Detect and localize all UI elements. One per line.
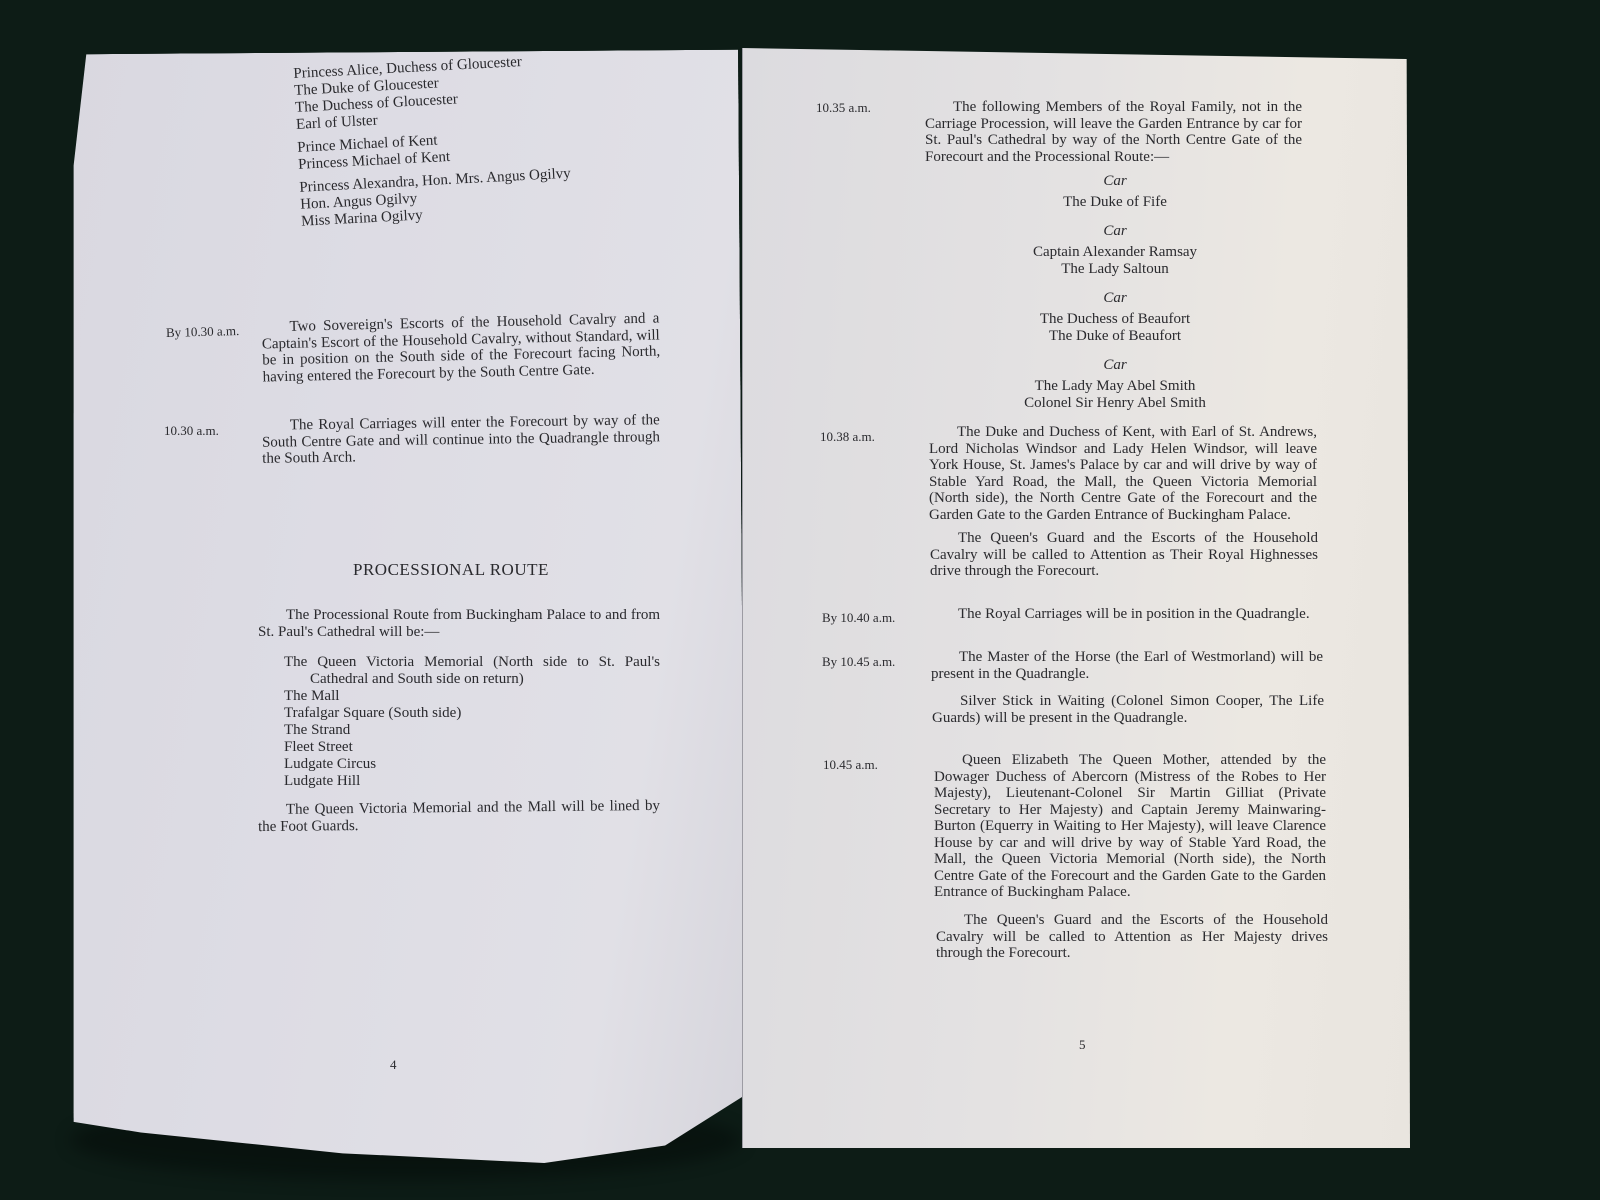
entry-text: The Duke and Duchess of Kent, with Earl … [929, 424, 1317, 523]
car-label: Car [990, 290, 1240, 307]
route-item-cont: Cathedral and South side on return) [284, 671, 660, 688]
car-list: Car The Duke of Fife Car Captain Alexand… [990, 165, 1240, 412]
entry-carriages-text: The Royal Carriages will enter the Forec… [262, 412, 661, 467]
entry-1040-text: The Royal Carriages will be in position … [930, 606, 1322, 623]
route-note: The Queen Victoria Memorial and the Mall… [258, 798, 660, 835]
time-by-1040: By 10.40 a.m. [822, 609, 895, 626]
car-occupant: The Duchess of Beaufort [990, 311, 1240, 328]
family-group-gloucester: Princess Alice, Duchess of Gloucester Th… [293, 52, 573, 231]
route-item: Ludgate Circus [284, 756, 660, 773]
car-occupant: The Lady Saltoun [990, 261, 1240, 278]
entry-text: The Queen's Guard and the Escorts of the… [930, 530, 1318, 579]
car-occupant: The Lady May Abel Smith [990, 378, 1240, 395]
time-1030: 10.30 a.m. [164, 422, 219, 439]
time-1035: 10.35 a.m. [816, 99, 871, 116]
route-note-text: The Queen Victoria Memorial and the Mall… [258, 798, 660, 835]
route-intro-text: The Processional Route from Buckingham P… [258, 607, 660, 640]
entry-1038-text2: The Queen's Guard and the Escorts of the… [930, 530, 1318, 580]
car-occupant: Colonel Sir Henry Abel Smith [990, 395, 1240, 412]
time-by-1045: By 10.45 a.m. [822, 653, 895, 670]
entry-text: The Master of the Horse (the Earl of Wes… [931, 649, 1323, 682]
page-number-left: 4 [390, 1056, 397, 1073]
car-occupant: The Duke of Beaufort [990, 328, 1240, 345]
route-intro: The Processional Route from Buckingham P… [258, 607, 660, 640]
route-item: Fleet Street [284, 739, 660, 756]
entry-1045-by-text2: Silver Stick in Waiting (Colonel Simon C… [932, 693, 1324, 726]
entry-1035-text: The following Members of the Royal Famil… [925, 99, 1302, 165]
car-occupant: Captain Alexander Ramsay [990, 244, 1240, 261]
section-heading-processional-route: PROCESSIONAL ROUTE [353, 561, 549, 578]
entry-text: The Queen's Guard and the Escorts of the… [936, 912, 1328, 961]
time-1038: 10.38 a.m. [820, 428, 875, 445]
entry-1045-text2: The Queen's Guard and the Escorts of the… [936, 912, 1328, 962]
car-label: Car [990, 357, 1240, 374]
time-by-1030: By 10.30 a.m. [166, 322, 240, 341]
route-item: The Mall [284, 688, 660, 705]
route-item: Trafalgar Square (South side) [284, 705, 660, 722]
route-item: The Queen Victoria Memorial (North side … [284, 654, 660, 671]
car-label: Car [990, 173, 1240, 190]
car-occupant: The Duke of Fife [990, 194, 1240, 211]
entry-text: Two Sovereign's Escorts of the Household… [262, 310, 661, 385]
entry-1038-text: The Duke and Duchess of Kent, with Earl … [929, 424, 1317, 523]
entry-text: The Royal Carriages will enter the Forec… [262, 412, 660, 467]
entry-1045-by-text: The Master of the Horse (the Earl of Wes… [931, 649, 1323, 682]
entry-text: Queen Elizabeth The Queen Mother, attend… [934, 752, 1326, 900]
entry-escorts-text: Two Sovereign's Escorts of the Household… [261, 310, 660, 385]
time-1045: 10.45 a.m. [823, 756, 878, 773]
entry-1045-text: Queen Elizabeth The Queen Mother, attend… [934, 752, 1326, 901]
route-list: The Queen Victoria Memorial (North side … [284, 654, 660, 790]
entry-text: The following Members of the Royal Famil… [925, 99, 1302, 165]
entry-text: The Royal Carriages will be in position … [958, 606, 1310, 622]
route-item: The Strand [284, 722, 660, 739]
entry-text: Silver Stick in Waiting (Colonel Simon C… [932, 693, 1324, 726]
page-number-right: 5 [1079, 1036, 1086, 1053]
route-item: Ludgate Hill [284, 773, 660, 790]
car-label: Car [990, 223, 1240, 240]
